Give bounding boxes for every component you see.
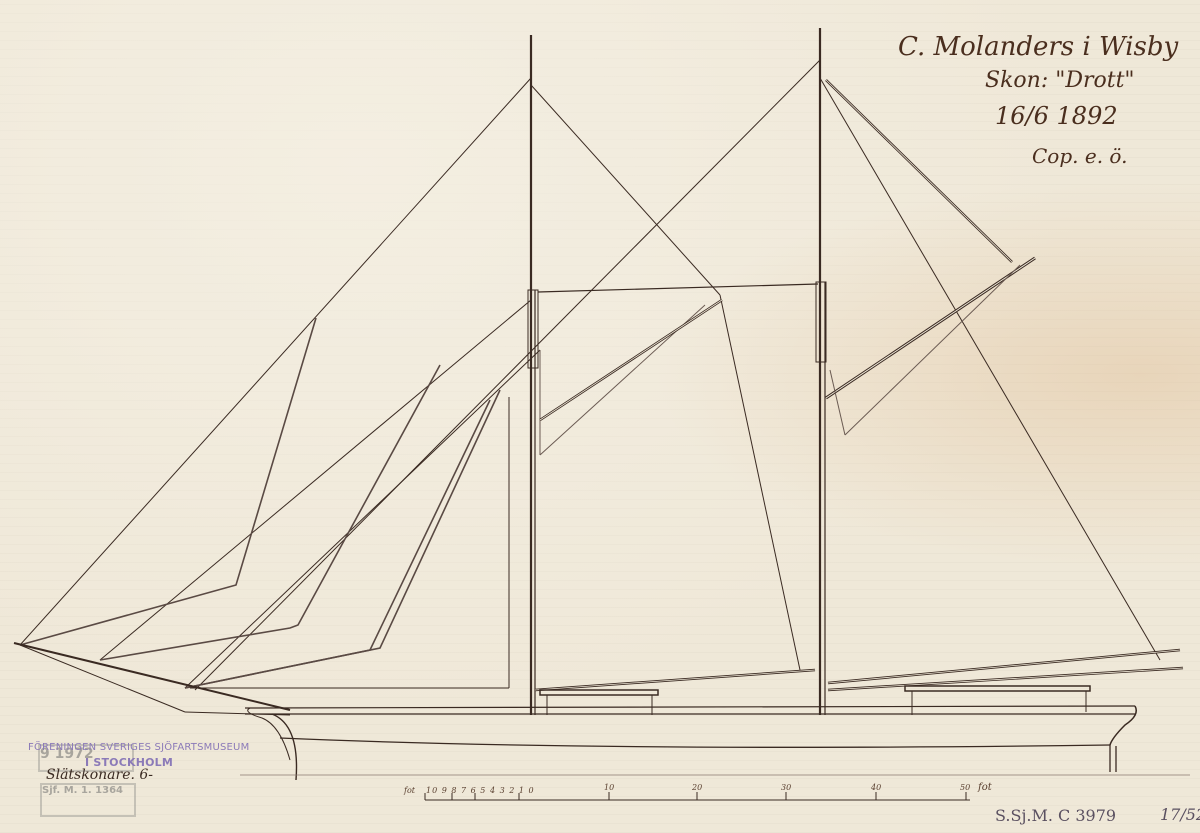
scale-tick-30: 30 bbox=[781, 783, 791, 792]
faded-stamp-text-2: Sjf. M. 1. 1364 bbox=[42, 785, 123, 796]
scale-unit-left: fot bbox=[404, 786, 415, 795]
tick-label: 0 bbox=[529, 786, 535, 795]
catalog-number: S.Sj.M. C 3979 bbox=[995, 806, 1116, 825]
tick-label: 7 bbox=[461, 786, 467, 795]
mainmast bbox=[816, 28, 826, 715]
tick-label: 3 bbox=[500, 786, 506, 795]
title-date: 16/6 1892 bbox=[995, 102, 1118, 130]
tick-label: 9 bbox=[442, 786, 448, 795]
tick-label: 2 bbox=[509, 786, 515, 795]
museum-stamp-line1: FÖRENINGEN SVERIGES SJÖFARTSMUSEUM bbox=[28, 742, 249, 753]
tick-label: 5 bbox=[480, 786, 486, 795]
scale-tick-50: 50 bbox=[960, 783, 970, 792]
scale-tick-10: 10 bbox=[604, 783, 614, 792]
faded-stamp-box-2: Sjf. M. 1. 1364 bbox=[40, 783, 136, 817]
foremast bbox=[528, 35, 538, 715]
scale-small-ticks: 10 9 8 7 6 5 4 3 2 1 0 bbox=[426, 786, 535, 795]
stamp-handwritten-type: Slätskonare. 6- bbox=[46, 767, 153, 783]
title-copy-note: Cop. e. ö. bbox=[1032, 144, 1127, 168]
title-builder: C. Molanders i Wisby bbox=[898, 32, 1178, 62]
scale-tick-40: 40 bbox=[871, 783, 881, 792]
sheet-number: 17/52 bbox=[1160, 805, 1200, 824]
scale-tick-20: 20 bbox=[692, 783, 702, 792]
tick-label: 4 bbox=[490, 786, 496, 795]
tick-label: 10 bbox=[426, 786, 438, 795]
tick-label: 6 bbox=[471, 786, 477, 795]
scale-unit-right: fot bbox=[978, 782, 992, 793]
title-vessel-name: Skon: "Drott" bbox=[985, 68, 1135, 93]
tick-label: 8 bbox=[451, 786, 457, 795]
tick-label: 1 bbox=[519, 786, 525, 795]
